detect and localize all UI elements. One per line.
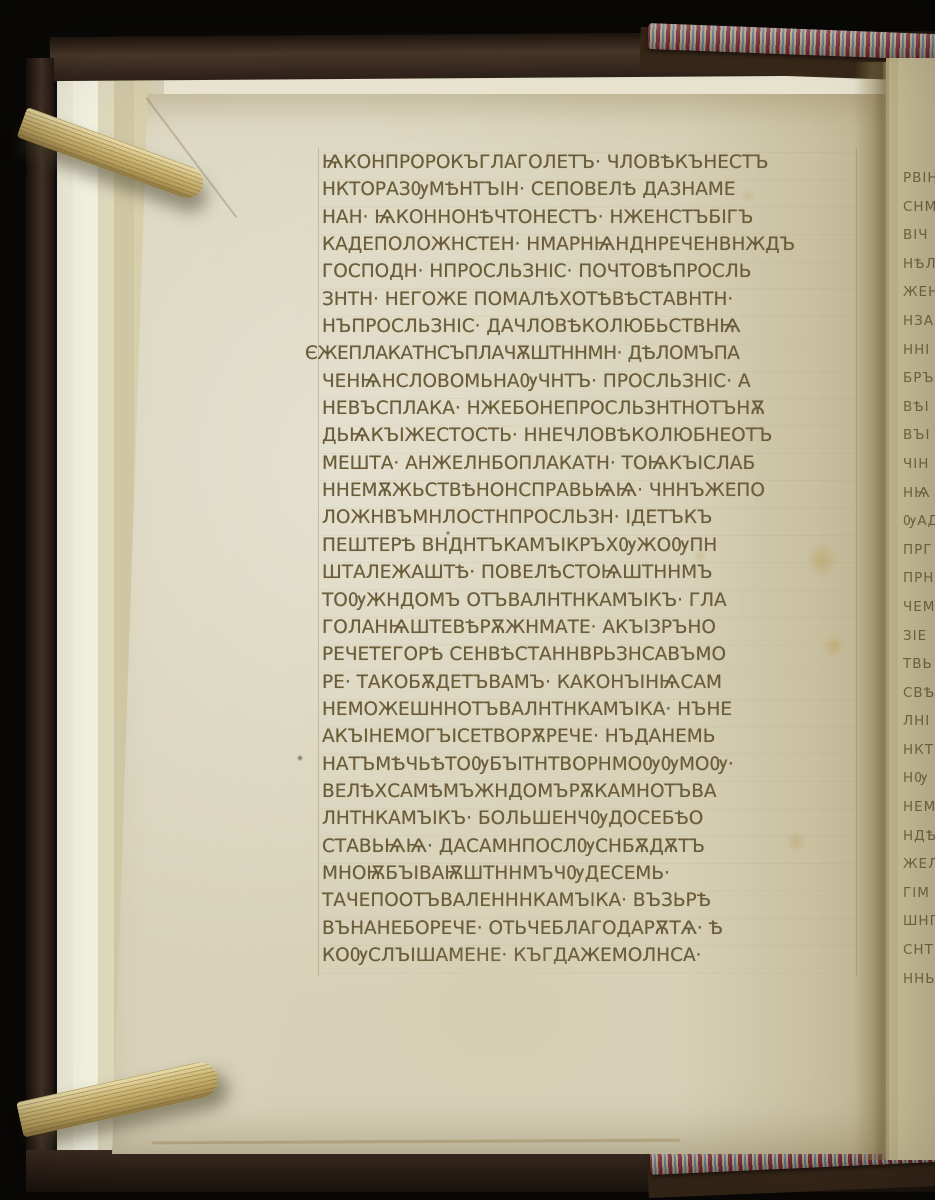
facing-page-fragment: ЛНІ — [886, 707, 935, 736]
facing-page-fragment: РВІН — [886, 164, 935, 193]
manuscript-line: ДЬѨКЪІЖЕСТОСТЬ· ННЕЧЛОВѢКОЛЮБНЕОТЪ — [322, 422, 854, 449]
facing-page-fragment: ЧІН — [886, 450, 935, 479]
facing-page-edge: РВІНСНМВІЧНѢЛЖЕННЗАННІБРЪВѢІВЪІЧІННѨѸАДП… — [886, 58, 935, 1160]
manuscript-line: РЕЧЕТЕГОРѢ СЕНВѢСТАННВРЬЗНСАВЪМО — [322, 641, 854, 668]
manuscript-line: ѨКОНПРОРОКЪГЛАГОЛЕТЪ· ЧЛОВѢКЪНЕСТЪ — [322, 149, 854, 176]
book-cover-left — [26, 58, 54, 1182]
facing-page-fragment: НѨ — [886, 479, 935, 508]
manuscript-line: ТОѸЖНДОМЪ ОТЪВАЛНТНКАМЪІКЪ· ГЛА — [322, 587, 854, 614]
manuscript-line: СТАВЬѨѨ· ДАСАМНПОСЛѸСНБѪДѪТЪ — [322, 833, 854, 860]
facing-page-fragment: ПРГ — [886, 536, 935, 565]
facing-page-fragment: ВѢІ — [886, 393, 935, 422]
manuscript-line: ГОЛАНѨШТЕВѢРѪЖНМАТЕ· АКЪІЗРЪНО — [322, 614, 854, 641]
facing-page-fragment: ЗІЕ — [886, 622, 935, 651]
manuscript-line: ВЕЛѢХСАМѢМЪЖНДОМЪРѪКАМНОТЪВА — [322, 778, 854, 805]
facing-page-fragment: ЧЕМ — [886, 593, 935, 622]
facing-page-fragment: СВѢ — [886, 679, 935, 708]
gutter-shadow — [854, 62, 887, 1160]
manuscript-line: ЛНТНКАМЪІКЪ· БОЛЬШЕНЧѸДОСЕБѢО — [322, 805, 854, 832]
manuscript-line: НЕМОЖЕШННОТЪВАЛНТНКАМЪІКА· НЪНЕ — [322, 696, 854, 723]
manuscript-line: КОѸСЛЪІШАМЕНЕ· КЪГДАЖЕМОЛНСА· — [322, 942, 854, 969]
manuscript-line: НАН· ѨКОННОНѢЧТОНЕСТЪ· НЖЕНСТЪБІГЪ — [322, 204, 854, 231]
facing-page-fragment: НѢЛ — [886, 250, 935, 279]
facing-page-fragment: ШНГ — [886, 907, 935, 936]
text-block: ѨКОНПРОРОКЪГЛАГОЛЕТЪ· ЧЛОВѢКЪНЕСТЪНКТОРА… — [322, 149, 854, 977]
facing-page-fragment: ПРН — [886, 564, 935, 593]
facing-page-fragment: БРЪ — [886, 364, 935, 393]
facing-page-text: РВІНСНМВІЧНѢЛЖЕННЗАННІБРЪВѢІВЪІЧІННѨѸАДП… — [886, 164, 935, 993]
manuscript-line: ЛОЖНВЪМНЛОСТНПРОСЛЬЗН· ІДЕТЪКЪ — [322, 504, 854, 531]
manuscript-line: НАТЪМѢЧЬѢТОѸБЪІТНТВОРНМОѸѸМОѸ· — [322, 751, 854, 778]
manuscript-line: НКТОРАЗѸМѢНТЪІН· СЕПОВЕЛѢ ДАЗНАМЕ — [322, 176, 854, 203]
facing-page-fragment: ВЪІ — [886, 421, 935, 450]
manuscript-line: МЕШТА· АНЖЕЛНБОПЛАКАТН· ТОѨКЪІСЛАБ — [322, 450, 854, 477]
manuscript-line: ЧЕНѨНСЛОВОМЬНАѸЧНТЪ· ПРОСЛЬЗНІС· А — [322, 368, 854, 395]
facing-page-fragment: ЖЕЛ — [886, 850, 935, 879]
manuscript-line: КАДЕПОЛОЖНСТЕН· НМАРНѨНДНРЕЧЕНВНЖДЪ — [322, 231, 854, 258]
manuscript-line: ШТАЛЕЖАШТѢ· ПОВЕЛѢСТОѨШТННМЪ — [322, 559, 854, 586]
facing-page-fragment: ѸАД — [886, 507, 935, 536]
manuscript-line: ЗНТН· НЕГОЖЕ ПОМАЛѢХОТѢВѢСТАВНТН· — [322, 286, 854, 313]
manuscript-line: МНОѬБЪІВАѬШТННМЪЧѸДЕСЕМЬ· — [322, 860, 854, 887]
facing-page-fragment: СНМ — [886, 193, 935, 222]
facing-page-fragment: ЖЕН — [886, 278, 935, 307]
manuscript-line: ПЕШТЕРѢ ВНДНТЪКАМЪІКРЪХѸЖОѸПН — [322, 532, 854, 559]
ruling-line-left — [318, 148, 319, 976]
manuscript-line: ННЕМѪЖЬСТВѢНОНСПРАВЬѨѨ· ЧННЪЖЕПО — [322, 477, 854, 504]
facing-page-fragment: НЗА — [886, 307, 935, 336]
facing-page-fragment: НДѢ — [886, 822, 935, 851]
manuscript-line: АКЪІНЕМОГЪІСЕТВОРѪРЕЧЕ· НЪДАНЕМЬ — [322, 723, 854, 750]
facing-page-fragment: НѸ — [886, 764, 935, 793]
facing-page-fragment: ННЬ — [886, 965, 935, 994]
manuscript-line: ЄЖЕПЛАКАТНСЪПЛАЧѪШТННМН· ДѢЛОМЪПА — [305, 340, 854, 367]
facing-page-fragment: НЕМ — [886, 793, 935, 822]
manuscript-line: ВЪНАНЕБОРЕЧЕ· ОТЬЧЕБЛАГОДАРѪТѦ· Ѣ — [322, 915, 854, 942]
manuscript-line: НЕВЪСПЛАКА· НЖЕБОНЕПРОСЛЬЗНТНОТЪНѪ — [322, 395, 854, 422]
facing-page-fragment: ННІ — [886, 336, 935, 365]
facing-page-fragment: ТВЬ — [886, 650, 935, 679]
manuscript-line: РЕ· ТАКОБѪДЕТЪВАМЪ· КАКОНЪІНѨСАМ — [322, 669, 854, 696]
facing-page-fragment: НКТ — [886, 736, 935, 765]
manuscript-photo: ѨКОНПРОРОКЪГЛАГОЛЕТЪ· ЧЛОВѢКЪНЕСТЪНКТОРА… — [0, 0, 935, 1200]
facing-page-fragment: ГІМ — [886, 879, 935, 908]
manuscript-line: НЪПРОСЛЬЗНІС· ДАЧЛОВѢКОЛЮБЬСТВНѨ — [322, 313, 854, 340]
manuscript-line: ГОСПОДН· НПРОСЛЬЗНІС· ПОЧТОВѢПРОСЛЬ — [322, 258, 854, 285]
facing-page-fragment: СНТ — [886, 936, 935, 965]
manuscript-line: ТАЧЕПООТЪВАЛЕНННКАМЪІКА· ВЪЗЬРѢ — [322, 887, 854, 914]
facing-page-fragment: ВІЧ — [886, 221, 935, 250]
